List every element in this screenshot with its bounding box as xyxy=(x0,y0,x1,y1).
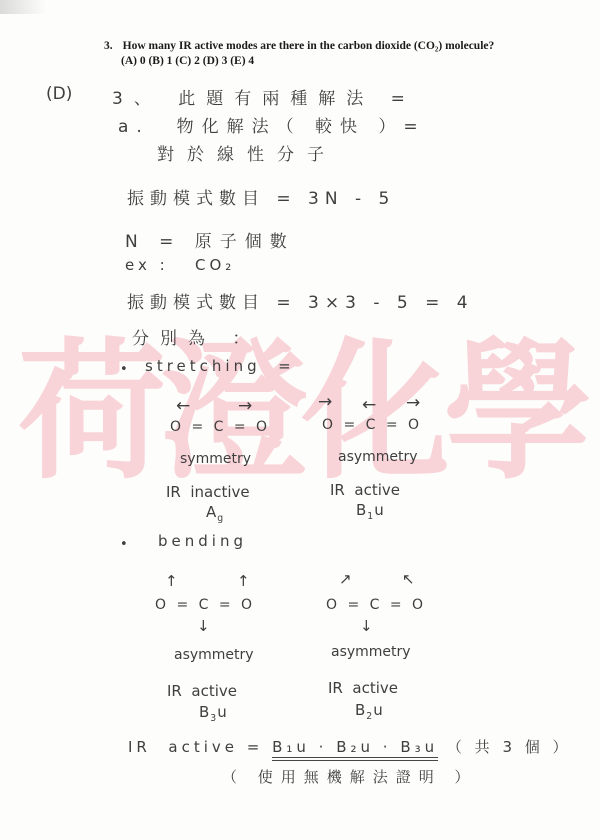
linear-molecule-line: 對於線性分子 xyxy=(157,140,337,165)
up-arrow-icon: ↑ xyxy=(237,572,250,590)
down-arrow-icon: ↓ xyxy=(360,617,373,635)
vibration-formula-general: 振動模式數目 = 3N - 5 xyxy=(127,184,395,209)
ir-inactive-label: IR inactive xyxy=(166,483,250,501)
example-co2: ex : CO₂ xyxy=(125,256,235,274)
bending-label: bending xyxy=(158,532,247,550)
scanned-solution-page: 荷澄化學 3.How many IR active modes are ther… xyxy=(0,0,600,840)
bending-bullet: • xyxy=(120,537,128,552)
question-text: How many IR active modes are there in th… xyxy=(123,40,495,52)
asymmetry-label: asymmetry xyxy=(338,449,418,465)
up-right-arrow-icon: ↗ xyxy=(339,570,352,588)
conclusion-line: IR active = B₁u · B₂u · B₃u （ 共 3 個 ） xyxy=(128,736,572,757)
conclusion-modes: B₁u · B₂u · B₃u xyxy=(272,738,438,761)
answer-choice: (D) xyxy=(46,84,72,104)
respectively-line: 分別為 ： xyxy=(132,324,260,349)
ir-active-label: IR active xyxy=(330,481,400,499)
co2-molecule: O = C = O xyxy=(326,597,426,613)
down-arrow-icon: ↓ xyxy=(197,617,210,635)
asymmetry-label: asymmetry xyxy=(174,647,254,663)
left-arrow-icon: ← xyxy=(362,395,376,415)
stretching-label: stretching = xyxy=(145,357,295,375)
question-line: 3.How many IR active modes are there in … xyxy=(104,40,494,52)
symmetry-label: symmetry xyxy=(180,451,251,467)
conclusion-prefix: IR active = xyxy=(128,738,272,756)
intro-line: 3、 此題有兩種解法 = xyxy=(112,84,416,109)
left-arrow-icon: ← xyxy=(176,396,190,416)
stretching-bullet: • xyxy=(120,362,128,377)
question-number: 3. xyxy=(104,40,113,52)
asymmetry-label: asymmetry xyxy=(331,644,411,660)
scan-smudge xyxy=(0,0,46,14)
conclusion-suffix: （ 共 3 個 ） xyxy=(438,738,571,756)
mode-label-b2u: B2u xyxy=(355,701,384,722)
watermark-text: 荷澄化學 xyxy=(18,337,598,488)
method-a-line: a. 物化解法（ 較快 ）= xyxy=(118,112,426,137)
co2-molecule: O = C = O xyxy=(322,417,422,433)
mode-label-ag: Ag xyxy=(206,503,224,524)
vibration-formula-applied: 振動模式數目 = 3×3 - 5 = 4 xyxy=(127,288,474,313)
co2-molecule: O = C = O xyxy=(170,419,270,435)
n-definition: N = 原子個數 xyxy=(125,227,295,252)
right-arrow-icon: → xyxy=(238,396,252,416)
up-arrow-icon: ↑ xyxy=(165,572,178,590)
ir-active-label: IR active xyxy=(328,679,398,697)
co2-molecule: O = C = O xyxy=(155,597,255,613)
ir-active-label: IR active xyxy=(167,682,237,700)
mode-label-b3u: B3u xyxy=(199,703,228,724)
right-arrow-icon: → xyxy=(318,392,332,412)
up-left-arrow-icon: ↖ xyxy=(402,570,415,588)
mode-label-b1u: B1u xyxy=(356,501,385,522)
question-options: (A) 0 (B) 1 (C) 2 (D) 3 (E) 4 xyxy=(121,55,254,67)
conclusion-note: （ 使用無機解法證明 ） xyxy=(222,766,478,787)
right-arrow-icon: → xyxy=(406,393,420,413)
